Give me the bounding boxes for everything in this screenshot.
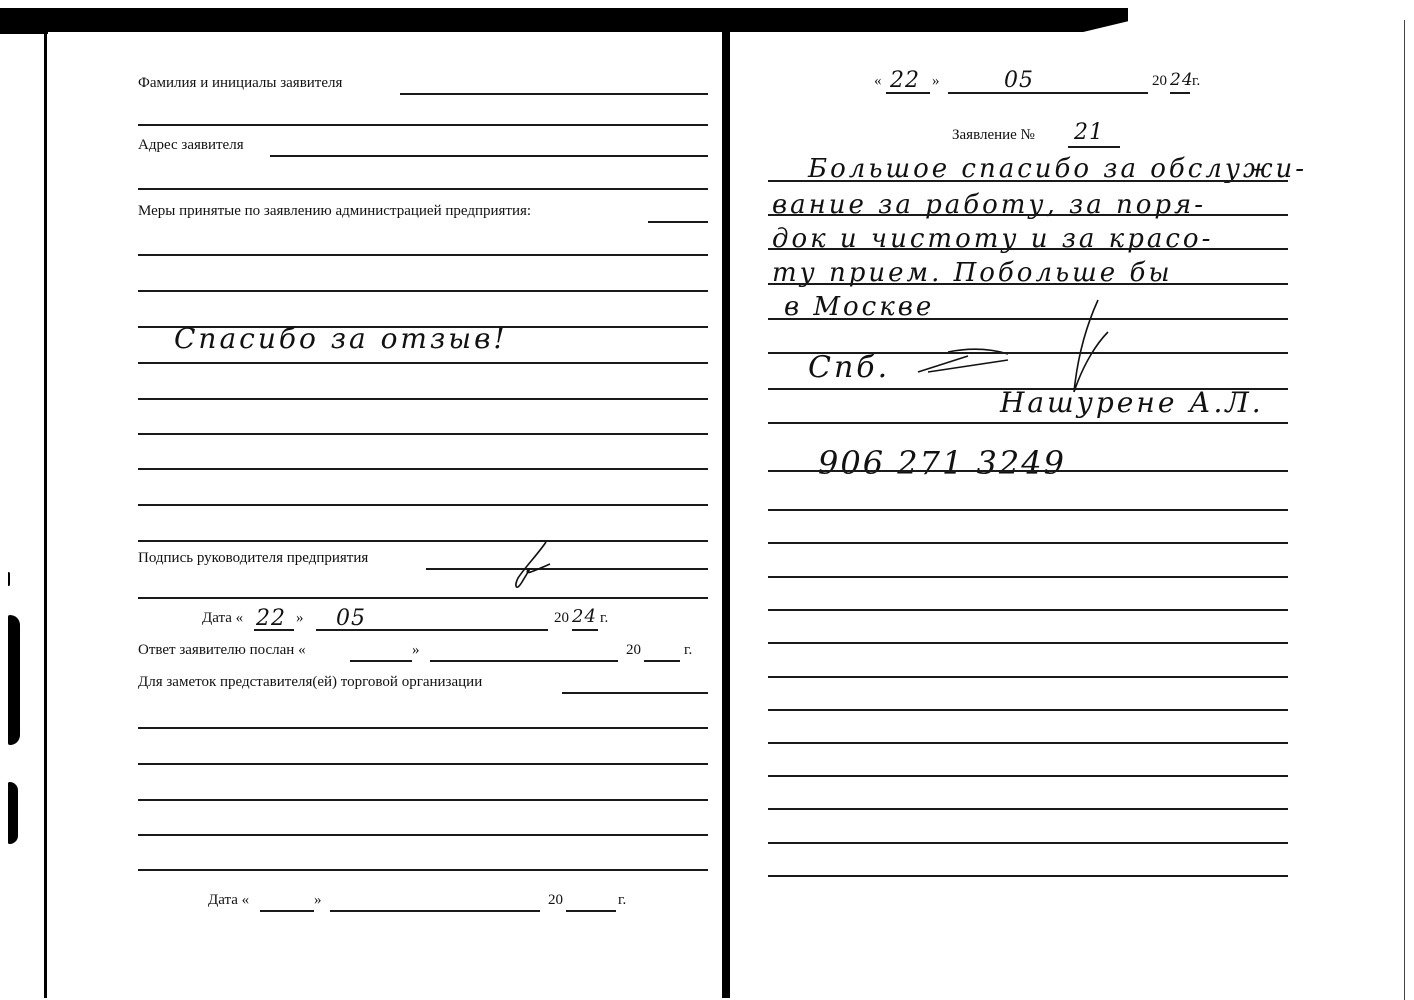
quote-open: « [874,73,882,90]
date-year-prefix: 20 [554,610,569,627]
date-year-value: 24 [572,606,597,627]
date2-day-field[interactable] [260,910,314,912]
ruled-line [768,775,1288,777]
book-gutter [722,8,730,998]
statement-date-month-field[interactable] [948,92,1148,94]
scan-edge-artifact [8,8,1128,32]
ruled-line [768,470,1288,472]
reply-suffix: г. [684,642,692,659]
date2-label-text: Дата [208,892,238,908]
ruled-line [768,542,1288,544]
ruled-line [768,676,1288,678]
notes-field[interactable] [562,692,708,694]
ruled-line [138,362,708,364]
statement-date-month: 05 [1004,68,1034,93]
ruled-line [768,609,1288,611]
reply-year-prefix: 20 [626,642,641,659]
date-month-value: 05 [336,606,366,631]
scan-edge-artifact [8,572,10,586]
ruled-line [768,509,1288,511]
statement-date-year: 24 [1170,70,1194,90]
measures-handwritten-text: Спасибо за отзыв! [174,322,508,355]
statement-number-label: Заявление № [952,127,1035,144]
ruled-line [768,642,1288,644]
ruled-line [768,422,1288,424]
page-border-left [44,28,47,998]
date-day-value: 22 [256,606,286,631]
notes-line[interactable] [138,727,708,729]
statement-date-year-field[interactable] [1170,92,1190,94]
statement-date-suffix: г. [1192,73,1200,90]
ruled-line [138,540,708,542]
statement-handwritten-line: док и чистоту и за красо- [772,224,1213,254]
notes-line[interactable] [138,869,708,871]
quote-open: « [236,610,244,626]
applicant-name-label: Фамилия и инициалы заявителя [138,75,342,92]
applicant-address-field[interactable] [270,155,708,157]
date2-year-field[interactable] [566,910,616,912]
date2-year-prefix: 20 [548,892,563,909]
ruled-line [138,433,708,435]
quote-close: » [296,610,304,627]
reply-sent-label: Ответ заявителю послан « [138,642,306,659]
date-label-text: Дата [202,610,232,626]
date-year-field[interactable] [572,629,598,631]
reply-year-field[interactable] [644,660,680,662]
measures-field[interactable] [648,221,708,223]
manager-signature-field[interactable] [426,568,708,570]
ruled-line [138,254,708,256]
quote-open: « [242,892,250,908]
ruled-line [138,597,708,599]
ruled-line [768,388,1288,390]
statement-handwritten-line: вание за работу, за поря- [772,190,1206,220]
page-border-right [1404,20,1405,1000]
date2-month-field[interactable] [330,910,540,912]
date2-suffix: г. [618,892,626,909]
ruled-line [768,352,1288,354]
author-name-handwritten: Нашурене А.Л. [1000,386,1264,419]
ruled-line [138,468,708,470]
scan-edge-artifact [8,615,20,745]
ruled-line [138,504,708,506]
ruled-line [768,842,1288,844]
date2-label: Дата « [208,892,249,909]
notes-line[interactable] [138,834,708,836]
statement-number-field[interactable] [1068,146,1120,148]
reply-day-field[interactable] [350,660,412,662]
statement-date-day: 22 [890,68,920,93]
ruled-line [138,290,708,292]
ruled-line [768,180,1288,182]
applicant-name-field-line2[interactable] [138,124,708,126]
statement-year-prefix: 20 [1152,73,1167,90]
ruled-line [768,283,1288,285]
date-label: Дата « [202,610,243,627]
ruled-line [768,808,1288,810]
sign-off-handwritten: Спб. [808,350,890,385]
date-suffix: г. [600,610,608,627]
ruled-line [768,576,1288,578]
quote-close: » [412,642,420,659]
measures-label: Меры принятые по заявлению администрацие… [138,203,531,220]
ruled-line [138,398,708,400]
quote-close: » [314,892,322,909]
ruled-line [768,214,1288,216]
scan-edge-artifact [8,782,18,844]
ruled-line [768,709,1288,711]
quote-close: » [932,73,940,90]
ruled-line [768,875,1288,877]
manager-signature-mark [498,536,558,596]
reply-sent-label-text: Ответ заявителю послан [138,642,294,658]
phone-handwritten: 906 271 3249 [818,444,1066,482]
applicant-address-field-line2[interactable] [138,188,708,190]
quote-open: « [298,642,306,658]
notes-line[interactable] [138,799,708,801]
ruled-line [768,742,1288,744]
manager-signature-label: Подпись руководителя предприятия [138,550,368,567]
statement-number-value: 21 [1074,120,1104,145]
reply-month-field[interactable] [430,660,618,662]
ruled-line [768,248,1288,250]
applicant-address-label: Адрес заявителя [138,137,244,154]
notes-line[interactable] [138,763,708,765]
applicant-name-field[interactable] [400,93,708,95]
notes-label: Для заметок представителя(ей) торговой о… [138,674,482,691]
